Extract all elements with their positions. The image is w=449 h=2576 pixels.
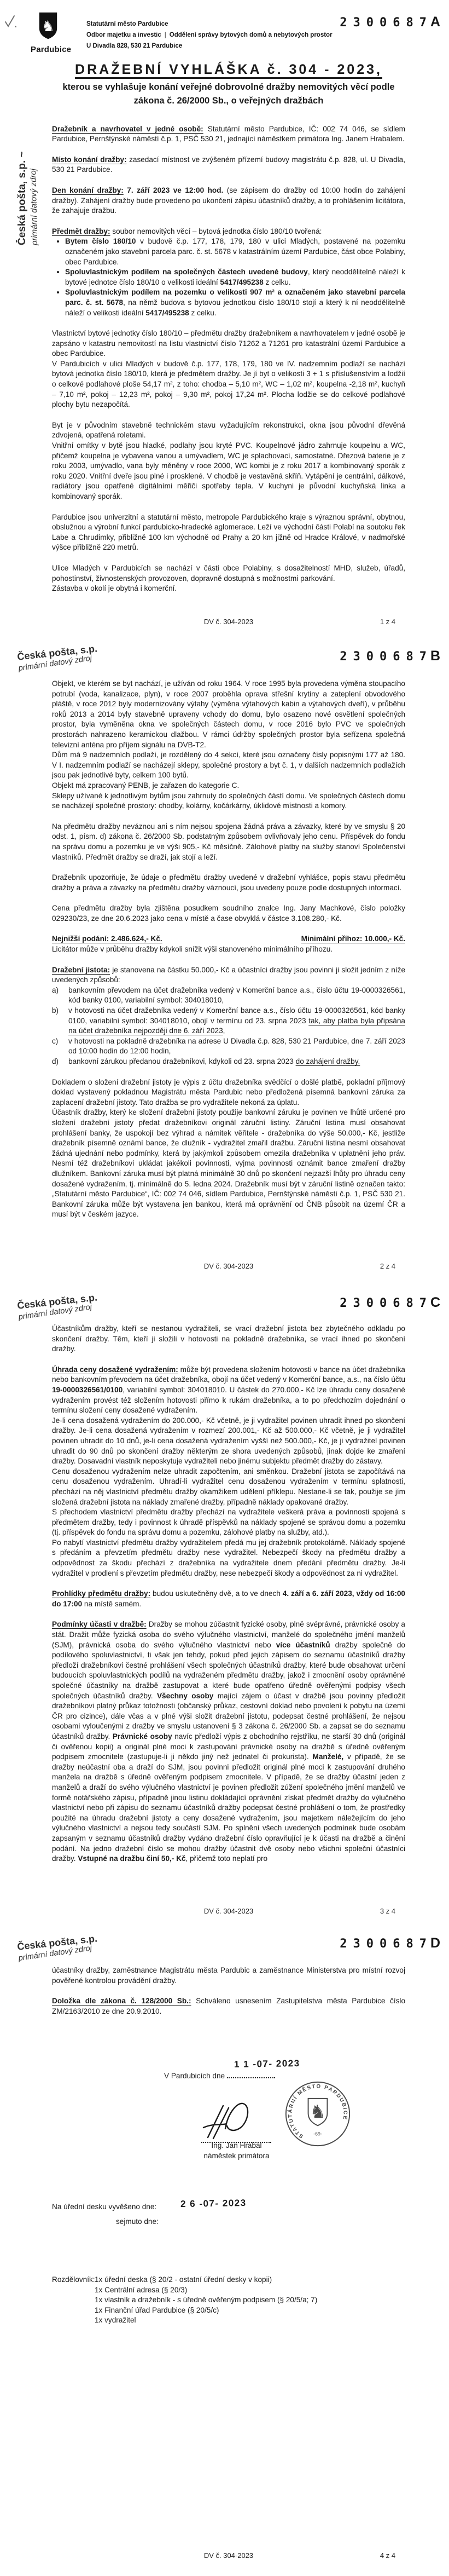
list-item: Spoluvlastnickým podílem na společných č… (65, 267, 405, 287)
ref-page-letter: C (430, 1295, 440, 1310)
page-footer: DV č. 304-2023 2 z 4 (52, 1262, 405, 1270)
footer-page-number: 3 z 4 (380, 1907, 395, 1915)
round-official-stamp: STATUTÁRNÍ MĚSTO PARDUBICE ♞ -69- (283, 2079, 352, 2148)
date-dotted-line (227, 2071, 275, 2078)
ref-page-letter: D (430, 1935, 440, 1951)
scanned-auction-decree: Česká pošta, s.p. ~ primární datový zdro… (0, 0, 449, 2576)
paragraph-encumbrances: Na předmětu dražby neváznou ani s ním ne… (52, 822, 405, 862)
paragraph-surroundings: Zástavba v okolí je obytná i komerční. (52, 584, 405, 594)
paragraph-subject: Předmět dražby: soubor nemovitých věcí –… (52, 227, 405, 237)
date-stamp-signed: 1 1 -07- 2023 (234, 2058, 300, 2070)
paragraph-deposit-return: Účastníkům dražby, kteří se nestanou vyd… (52, 1324, 405, 1355)
page-footer: DV č. 304-2023 3 z 4 (52, 1907, 405, 1915)
distribution-item: 1x Centrální adresa (§ 20/3) (95, 2285, 405, 2296)
ref-number: 2300687 (340, 1937, 433, 1951)
footer-page-number: 1 z 4 (380, 618, 395, 626)
paragraph-building-layout: Dům má 9 nadzemních podlaží, je rozdělen… (52, 750, 405, 781)
footer-page-number: 2 z 4 (380, 1262, 395, 1270)
paragraph-auctioneer: Dražebník a navrhovatel v jedné osobě: S… (52, 124, 405, 145)
distribution-list: Rozdělovník:1x úřední deska (§ 20/2 - os… (52, 2275, 405, 2326)
deposit-method-b: b) v hotovosti na účet dražebníka vedený… (52, 1006, 405, 1036)
postal-stamp: Česká pošta, s.p. primární datový zdroj (16, 1292, 98, 1320)
paragraph-participation-conditions: Podmínky účasti v dražbě: Dražby se moho… (52, 1620, 405, 1864)
paragraph-city-info: Pardubice jsou univerzitní a statutární … (52, 512, 405, 553)
distribution-label: Rozdělovník: (52, 2275, 95, 2285)
minimum-increment: Minimální příhoz: 10.000,- Kč. (301, 934, 405, 944)
paragraph-viewings: Prohlídky předmětu dražby: budou uskuteč… (52, 1589, 405, 1609)
paragraph-appraisal: Cena předmětu dražby byla zjištěna posud… (52, 903, 405, 924)
ref-number-stamp: 2300687C (340, 1295, 440, 1311)
paragraph-disclaimer: Dražebník upozorňuje, že údaje o předmět… (52, 873, 405, 893)
page-footer: DV č. 304-2023 1 z 4 (52, 618, 405, 626)
distribution-item: 1x vlastník a dražebník - s úředně ověře… (95, 2295, 405, 2306)
paragraph-building-history: Objekt, ve kterém se byt nachází, je uží… (52, 679, 405, 750)
svg-text:♞: ♞ (310, 2101, 326, 2122)
paragraph-ownership: Vlastnictví bytové jednotky číslo 180/10… (52, 329, 405, 359)
paragraph-street-info: Ulice Mladých v Pardubicích se nachází v… (52, 563, 405, 584)
postal-stamp-line2: primární datový zdroj (27, 65, 39, 245)
deposit-method-a: a) bankovním převodem na účet dražebníka… (52, 986, 405, 1006)
distribution-item: 1x úřední deska (§ 20/2 - ostatní úřední… (95, 2275, 272, 2284)
postal-stamp-line1: Česká pošta, s.p. ~ (16, 65, 28, 245)
distribution-row: Rozdělovník:1x úřední deska (§ 20/2 - os… (52, 2275, 405, 2285)
minimum-bid-row: Nejnižší podání: 2.486.624,- Kč. Minimál… (52, 934, 405, 944)
paragraph-interior: Vnitřní omítky v bytě jsou hladké, podla… (52, 441, 405, 502)
pen-mark-icon (3, 13, 18, 30)
paragraph-venue: Místo konání dražby: zasedací místnost v… (52, 155, 405, 175)
decree-title: DRAŽEBNÍ VYHLÁŠKA č. 304 - 2023, (52, 65, 405, 75)
deposit-method-d: d) bankovní zárukou předanou dražebníkov… (52, 1057, 405, 1067)
paragraph-bank-guarantee: Účastník dražby, který ke složení dražeb… (52, 1108, 405, 1220)
paragraph-licitator: Licitátor může v průběhu dražby kdykoli … (52, 944, 405, 955)
paragraph-deposit: Dražební jistota: je stanovena na částku… (52, 965, 405, 986)
paragraph-payment-deadlines: Je-li cena dosažená vydražením do 200.00… (52, 1416, 405, 1467)
page-3: Česká pošta, s.p. primární datový zdroj … (0, 1273, 449, 1922)
ref-page-letter: A (430, 14, 440, 30)
page-2: Česká pošta, s.p. primární datový zdroj … (0, 635, 449, 1273)
signatory-name: Ing. Jan Hrabal (191, 2141, 282, 2151)
postal-stamp: Česká pošta, s.p. primární datový zdroj (16, 643, 98, 671)
distribution-item: 1x Finanční úřad Pardubice (§ 20/5/c) (95, 2306, 405, 2316)
paragraph-rights-transfer: S přechodem vlastnictví předmětu dražby … (52, 1507, 405, 1538)
paragraph-conditions-continued: účastníky dražby, zaměstnance Magistrátu… (52, 1966, 405, 1986)
paragraph-penb: Objekt má zpracovaný PENB, je zařazen do… (52, 781, 405, 791)
footer-doc-ref: DV č. 304-2023 (52, 618, 405, 626)
footer-doc-ref: DV č. 304-2023 (52, 1262, 405, 1270)
paragraph-flat-condition: Byt je v původním stavebně technickém st… (52, 420, 405, 441)
page-4: Česká pošta, s.p. primární datový zdroj … (0, 1922, 449, 2576)
paragraph-no-offset: Cenu dosaženou vydražením nelze uhradit … (52, 1467, 405, 1507)
paragraph-deposit-proof: Dokladem o složení dražební jistoty je v… (52, 1077, 405, 1108)
signatory: Ing. Jan Hrabal náměstek primátora (191, 2141, 282, 2161)
auction-subject-list: Bytem číslo 180/10 v budově č.p. 177, 17… (52, 237, 405, 318)
distribution-item: 1x vydražitel (95, 2315, 405, 2326)
paragraph-handover: Po nabytí vlastnictví předmětu dražby vy… (52, 1538, 405, 1578)
round-stamp-number: -69- (313, 2131, 322, 2137)
lowest-bid: Nejnižší podání: 2.486.624,- Kč. (52, 934, 162, 944)
posted-date-line: Na úřední desku vyvěšeno dne: (52, 2203, 156, 2211)
signed-at-line: V Pardubicích dne (164, 2071, 275, 2080)
ref-number: 2300687 (340, 650, 433, 664)
signature-icon (201, 2098, 266, 2141)
paragraph-flat-description: V Pardubicích v ulici Mladých v budově č… (52, 359, 405, 410)
footer-doc-ref: DV č. 304-2023 (52, 1907, 405, 1915)
postal-stamp: Česká pošta, s.p. primární datový zdroj (16, 1933, 98, 1961)
decree-subtitle: kterou se vyhlašuje konání veřejné dobro… (52, 80, 405, 108)
ref-number-stamp: 2300687D (340, 1935, 440, 1951)
postal-stamp-vertical: Česká pošta, s.p. ~ primární datový zdro… (16, 65, 38, 245)
list-item: Spoluvlastnickým podílem na pozemku o ve… (65, 287, 405, 318)
footer-doc-ref: DV č. 304-2023 (52, 2551, 405, 2560)
page-footer: DV č. 304-2023 4 z 4 (52, 2551, 405, 2560)
deposit-method-c: c) v hotovosti na pokladně dražebníka na… (52, 1036, 405, 1057)
paragraph-date: Den konání dražby: 7. září 2023 ve 12:00… (52, 186, 405, 216)
page-1: Česká pošta, s.p. ~ primární datový zdro… (0, 0, 449, 635)
paragraph-clause: Doložka dle zákona č. 128/2000 Sb.: Schv… (52, 1996, 405, 2016)
footer-page-number: 4 z 4 (380, 2551, 395, 2560)
ref-number: 2300687 (340, 1296, 433, 1310)
list-item: Bytem číslo 180/10 v budově č.p. 177, 17… (65, 237, 405, 267)
paragraph-cellars: Sklepy užívané k jednotlivým bytům jsou … (52, 791, 405, 811)
paragraph-payment: Úhrada ceny dosažené vydražením: může bý… (52, 1365, 405, 1416)
date-stamp-posted: 2 6 -07- 2023 (180, 2198, 247, 2210)
signatory-role: náměstek primátora (191, 2151, 282, 2162)
removed-date-line: sejmuto dne: (116, 2217, 159, 2226)
ref-page-letter: B (430, 648, 440, 664)
ref-number-stamp: 2300687B (340, 648, 440, 664)
